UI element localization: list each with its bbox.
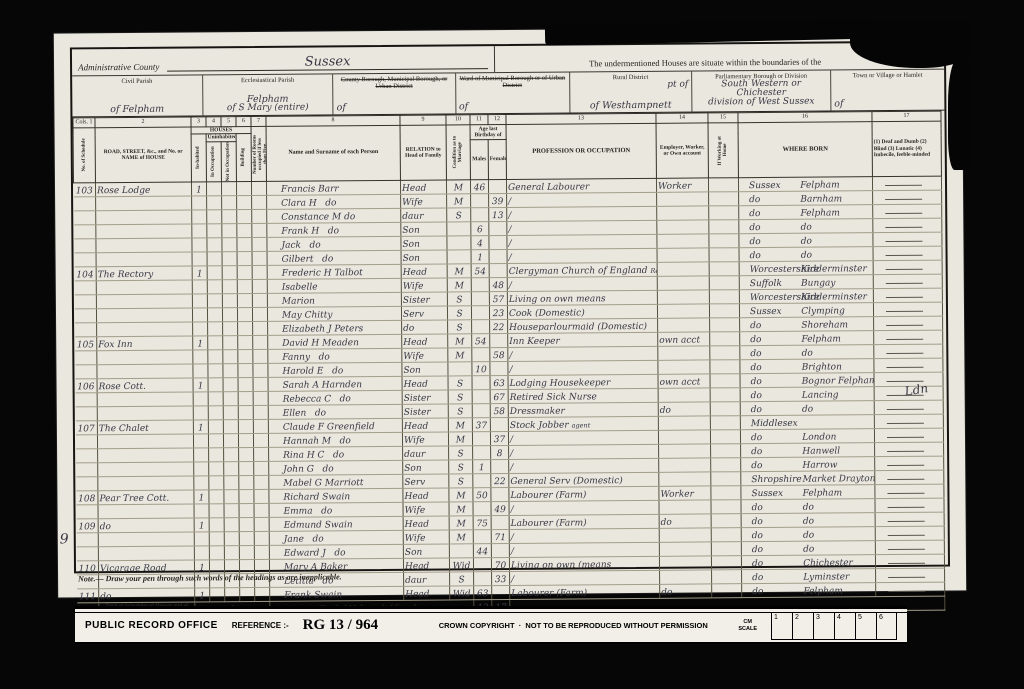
cell-age-male: 4 [471, 235, 489, 249]
cell-infirmity [873, 260, 942, 275]
cell-rooms [253, 377, 268, 391]
cell-age-male [472, 403, 490, 417]
record-office-label: PUBLIC RECORD OFFICE [85, 620, 218, 631]
cell-house [98, 476, 194, 491]
cell-rooms [253, 405, 268, 419]
cell-condition: M [449, 516, 473, 530]
cell-building [240, 587, 255, 601]
cell-employer: do [658, 402, 710, 416]
cell-employer [659, 500, 711, 514]
cell-name: Emma do [269, 502, 403, 517]
cell-working-home [710, 317, 740, 331]
margin-schedule-total: 9 [60, 531, 69, 547]
cell-age-male: 10 [472, 361, 490, 375]
cell-house [97, 322, 193, 337]
cell-condition: S [450, 572, 474, 586]
cell-where-born: dodo [741, 526, 875, 541]
header-where-born: WHERE BORN [738, 122, 872, 178]
cell-house [96, 294, 192, 309]
cell-working-home [709, 289, 739, 303]
cell-schedule-no [76, 477, 98, 491]
cell-infirmity [875, 484, 944, 499]
cell-building [238, 363, 253, 377]
cell-relation: do [402, 320, 448, 334]
cell-uninhabited-inocc [206, 182, 221, 196]
cell-uninhabited-notocc [223, 363, 238, 377]
cell-relation: Sister [402, 404, 448, 418]
cell-inhabited [192, 252, 207, 266]
cell-where-born: dodo [739, 232, 873, 247]
cell-occupation: Dressmaker [508, 402, 658, 417]
cell-uninhabited-inocc [208, 378, 223, 392]
cell-occupation: Labourer (Farm) [510, 584, 660, 599]
cell-age-female [492, 585, 510, 599]
cell-employer [659, 444, 711, 458]
cell-schedule-no [74, 211, 96, 225]
cell-uninhabited-inocc [207, 280, 222, 294]
cell-inhabited [194, 504, 209, 518]
cell-uninhabited-notocc [222, 237, 237, 251]
cell-employer: Worker [659, 486, 711, 500]
cell-infirmity [875, 512, 944, 527]
cell-uninhabited-notocc [222, 195, 237, 209]
eccl-parish-section: Ecclesiastical Parish Felpham of S Mary … [203, 74, 334, 115]
cell-schedule-no [74, 253, 96, 267]
col-num-17: 17 [872, 111, 941, 122]
cell-working-home [711, 541, 741, 555]
cell-uninhabited-inocc [208, 434, 223, 448]
cell-uninhabited-inocc [208, 406, 223, 420]
cell-where-born: doHanwell [741, 442, 875, 457]
cell-age-female: 23 [489, 305, 507, 319]
cell-where-born: SussexFelpham [741, 484, 875, 499]
cell-relation: Son [401, 236, 447, 250]
cell-age-male [473, 473, 491, 487]
form-header-row2: Civil Parish of Felpham Ecclesiastical P… [72, 70, 944, 118]
cell-infirmity [876, 568, 945, 583]
cell-rooms [254, 475, 269, 489]
cell-condition [447, 222, 471, 236]
cell-relation: Head [404, 586, 450, 600]
cell-age-female [490, 417, 508, 431]
cell-employer [657, 262, 709, 276]
cell-building [238, 419, 253, 433]
cell-working-home [711, 485, 741, 499]
cell-where-born: doFelpham [739, 204, 873, 219]
cell-employer [659, 542, 711, 556]
cell-uninhabited-inocc [208, 364, 223, 378]
cell-name: Isabelle [267, 278, 401, 293]
cell-name: Clara H do [267, 194, 401, 209]
cell-name: Fanny do [268, 348, 402, 363]
cell-occupation: / [508, 346, 658, 361]
ward-value: of [459, 101, 566, 111]
cell-uninhabited-notocc [224, 489, 239, 503]
cell-house [96, 196, 192, 211]
cell-inhabited: 1 [195, 588, 210, 602]
civil-parish-section: Civil Parish of Felpham [72, 75, 203, 116]
cell-age-male [472, 389, 490, 403]
cell-relation: Son [401, 250, 447, 264]
cell-name: Frederic H Talbot [267, 264, 401, 279]
cell-employer: Worker [656, 178, 708, 192]
cell-uninhabited-inocc [207, 224, 222, 238]
cell-uninhabited-notocc [224, 559, 239, 573]
cell-condition: S [448, 390, 472, 404]
cell-occupation: General Labourer [506, 178, 656, 193]
cell-working-home [710, 345, 740, 359]
cell-occupation: / [507, 220, 657, 235]
cell-relation: Wife [401, 278, 447, 292]
cell-schedule-no: 111 [77, 589, 99, 603]
cell-condition: M [446, 180, 470, 194]
cell-inhabited [192, 196, 207, 210]
cell-infirmity [873, 274, 942, 289]
cell-uninhabited-notocc [222, 265, 237, 279]
cell-working-home [710, 415, 740, 429]
cell-age-female: 71 [491, 529, 509, 543]
cell-house [96, 308, 192, 323]
cm-scale-label: CMSCALE [738, 619, 757, 632]
scale-mark: 6 [876, 612, 897, 640]
civil-parish-value: of Felpham [75, 104, 199, 114]
col-num-3: 3 [191, 117, 206, 127]
cell-condition: M [447, 278, 471, 292]
cell-uninhabited-notocc [222, 307, 237, 321]
cell-house [96, 210, 192, 225]
cell-uninhabited-notocc [224, 461, 239, 475]
cell-inhabited [194, 546, 209, 560]
cell-inhabited [193, 434, 208, 448]
cell-uninhabited-inocc [207, 294, 222, 308]
cell-uninhabited-inocc [207, 196, 222, 210]
cell-condition: M [448, 348, 472, 362]
cell-condition: S [449, 446, 473, 460]
cell-where-born: doBarnham [739, 190, 873, 205]
cell-rooms [253, 419, 268, 433]
cell-rooms [254, 461, 269, 475]
cell-name: Elizabeth J Peters [268, 320, 402, 335]
col-num-10: 10 [446, 115, 470, 125]
cell-uninhabited-notocc [225, 587, 240, 601]
cell-rooms [252, 265, 267, 279]
cell-age-female [491, 487, 509, 501]
cell-where-born: doLondon [740, 428, 874, 443]
cell-inhabited: 1 [193, 420, 208, 434]
cell-name: Jane do [269, 530, 403, 545]
cell-age-male [471, 193, 489, 207]
cell-inhabited: 1 [194, 560, 209, 574]
cell-working-home [709, 205, 739, 219]
cell-relation: daur [403, 446, 449, 460]
cell-where-born: SussexFelpham [738, 176, 872, 191]
eccl-parish-label: Ecclesiastical Parish [206, 76, 330, 84]
cell-occupation: Living on own means [507, 290, 657, 305]
cell-condition: M [448, 432, 472, 446]
cell-uninhabited-inocc [208, 336, 223, 350]
cell-relation: Wife [403, 502, 449, 516]
cell-uninhabited-notocc [221, 181, 236, 195]
cell-age-female [489, 221, 507, 235]
cell-condition [447, 250, 471, 264]
cell-building [239, 475, 254, 489]
cell-building [238, 321, 253, 335]
cell-uninhabited-notocc [222, 223, 237, 237]
cell-inhabited: 1 [194, 518, 209, 532]
cell-uninhabited-inocc [207, 252, 222, 266]
cell-relation: Wife [403, 530, 449, 544]
cell-age-male [472, 431, 490, 445]
cell-house [97, 406, 193, 421]
cell-schedule-no [74, 239, 96, 253]
cell-inhabited: 1 [193, 378, 208, 392]
cell-infirmity [874, 428, 943, 443]
cell-inhabited [192, 238, 207, 252]
cell-age-female: 67 [490, 389, 508, 403]
cell-inhabited [194, 532, 209, 546]
cell-inhabited [193, 350, 208, 364]
copyright-notice: CROWN COPYRIGHT · NOT TO BE REPRODUCED W… [422, 621, 724, 630]
county-borough-label: County Borough, Municipal Borough, or Ur… [336, 75, 451, 91]
cell-relation: Head [400, 180, 446, 194]
cell-age-female: 70 [491, 557, 509, 571]
cell-condition: S [447, 306, 471, 320]
cell-age-male [471, 277, 489, 291]
cell-inhabited [193, 364, 208, 378]
cell-age-male: 1 [471, 249, 489, 263]
cell-name: Hannah M do [268, 432, 402, 447]
cell-age-female [488, 179, 506, 193]
reference-value: RG 13 / 964 [303, 617, 378, 634]
cell-inhabited: 1 [193, 336, 208, 350]
cell-house: do [98, 518, 194, 533]
cell-working-home [710, 331, 740, 345]
cell-uninhabited-notocc [222, 293, 237, 307]
cell-employer: do [659, 514, 711, 528]
cell-age-male: 6 [471, 221, 489, 235]
cell-infirmity [875, 540, 944, 555]
cell-name: Sarah A Harnden [268, 376, 402, 391]
cell-occupation: Living on own (means [509, 556, 659, 571]
cell-working-home [709, 191, 739, 205]
col-num-14: 14 [656, 113, 708, 123]
header-schedule: No. of Schedule [73, 128, 95, 183]
cell-working-home [709, 275, 739, 289]
cell-rooms [252, 293, 267, 307]
cell-relation: Son [401, 222, 447, 236]
cell-condition: M [448, 334, 472, 348]
cell-age-female: 33 [492, 571, 510, 585]
cell-house [97, 350, 193, 365]
cell-uninhabited-inocc [207, 210, 222, 224]
cell-condition: S [448, 320, 472, 334]
cell-where-born: doChichester [741, 554, 875, 569]
cell-house: do [99, 588, 195, 603]
cell-working-home [711, 443, 741, 457]
cell-building [237, 195, 252, 209]
cell-uninhabited-inocc [209, 476, 224, 490]
cell-age-male [472, 319, 490, 333]
col-num-1: Cols. 1 [73, 118, 95, 128]
cell-house [96, 238, 192, 253]
cell-relation: Son [402, 362, 448, 376]
cell-employer [658, 318, 710, 332]
cell-relation: Serv [401, 306, 447, 320]
cell-name: May Chitty [267, 306, 401, 321]
cell-uninhabited-notocc [222, 279, 237, 293]
cell-occupation: / [510, 570, 660, 585]
cell-house [98, 462, 194, 477]
cell-where-born: doHarrow [741, 456, 875, 471]
cell-schedule-no [76, 505, 98, 519]
cell-house [96, 224, 192, 239]
cell-building [239, 531, 254, 545]
cell-where-born: WorcestershireKidderminster [739, 260, 873, 275]
cell-age-female [490, 361, 508, 375]
cell-working-home [708, 177, 738, 191]
cell-working-home [709, 219, 739, 233]
cell-name: Edward J do [269, 544, 403, 559]
cell-condition: M [447, 264, 471, 278]
cell-building [239, 489, 254, 503]
cell-building [238, 391, 253, 405]
cell-uninhabited-notocc [224, 447, 239, 461]
cell-name: Mabel G Marriott [269, 474, 403, 489]
cell-infirmity [873, 204, 942, 219]
ward-section: Ward of Municipal Borough or of Urban Di… [456, 73, 570, 114]
cell-inhabited [193, 406, 208, 420]
col-num-15: 15 [708, 113, 738, 123]
cell-occupation: Stock Jobberagent [508, 416, 658, 431]
cell-where-born: doLyminster [742, 568, 876, 583]
cell-condition: M [449, 488, 473, 502]
cell-employer [657, 290, 709, 304]
cell-schedule-no [75, 435, 97, 449]
cell-relation: Son [403, 460, 449, 474]
cell-rooms [254, 503, 269, 517]
cell-building [238, 335, 253, 349]
cell-employer [659, 528, 711, 542]
cell-occupation: / [509, 458, 659, 473]
header-relation: RELATION to Head of Family [400, 125, 446, 180]
cell-name: Richard Swain [269, 488, 403, 503]
cell-uninhabited-notocc [224, 475, 239, 489]
census-table-head: Cols. 1 2 3 4 5 6 7 8 9 10 11 12 13 14 [73, 111, 941, 183]
cell-where-born: doShoreham [740, 316, 874, 331]
cell-occupation: / [509, 528, 659, 543]
cell-inhabited [193, 392, 208, 406]
cell-age-female: 13 [489, 207, 507, 221]
header-females: Females [488, 139, 506, 179]
cell-employer: own acct [658, 332, 710, 346]
cell-working-home [710, 387, 740, 401]
cell-age-female: 22 [490, 319, 508, 333]
town-label: Town or Village or Hamlet [834, 72, 941, 80]
cell-relation: Serv [403, 474, 449, 488]
admin-county-box: Administrative County Sussex [72, 46, 495, 75]
cell-condition: Wid [450, 586, 474, 600]
cell-working-home [712, 569, 742, 583]
cell-age-male: 54 [471, 263, 489, 277]
cell-rooms [253, 391, 268, 405]
cell-age-male [474, 571, 492, 585]
cell-age-female: 39 [489, 193, 507, 207]
cell-name: David H Meaden [268, 334, 402, 349]
cell-occupation: / [507, 234, 657, 249]
cell-building [237, 307, 252, 321]
cell-schedule-no [74, 197, 96, 211]
cm-scale-ruler: 1 2 3 4 5 6 [771, 612, 897, 640]
cell-occupation: Labourer (Farm) [509, 514, 659, 529]
cell-rooms [252, 279, 267, 293]
cell-schedule-no: 104 [74, 267, 96, 281]
cell-uninhabited-inocc [210, 588, 225, 602]
cell-relation: Head [402, 334, 448, 348]
cell-working-home [711, 513, 741, 527]
header-road: ROAD, STREET, &c., and No. or NAME of HO… [95, 127, 191, 183]
cell-relation: daur [401, 208, 447, 222]
scan-artifact [948, 60, 970, 170]
cell-house [98, 448, 194, 463]
cell-occupation: General Serv (Domestic) [509, 472, 659, 487]
cell-working-home [710, 359, 740, 373]
cell-working-home [711, 527, 741, 541]
cell-building [239, 545, 254, 559]
cell-occupation: Inn Keeper [508, 332, 658, 347]
cell-age-female [489, 235, 507, 249]
cell-employer [657, 206, 709, 220]
cell-inhabited [192, 294, 207, 308]
cell-age-male: 54 [472, 333, 490, 347]
cell-relation: Sister [401, 292, 447, 306]
cell-inhabited: 1 [192, 266, 207, 280]
cell-relation: Head [403, 488, 449, 502]
cell-employer [658, 346, 710, 360]
cell-infirmity [874, 344, 943, 359]
cell-name: Frank Swain [270, 586, 404, 601]
rural-district-section: Rural District pt of of Westhampnett [570, 72, 693, 113]
cell-working-home [710, 401, 740, 415]
cell-working-home [709, 261, 739, 275]
cell-house: Rose Lodge [95, 182, 191, 197]
cell-condition [448, 362, 472, 376]
cell-working-home [711, 555, 741, 569]
rural-district-extra: pt of [573, 81, 688, 91]
cell-age-male [471, 207, 489, 221]
cell-where-born: doFelpham [740, 330, 874, 345]
cell-inhabited [192, 308, 207, 322]
cell-age-female: 37 [490, 431, 508, 445]
town-section: Town or Village or Hamlet of [831, 70, 944, 111]
cell-inhabited: 1 [191, 182, 206, 196]
cell-uninhabited-inocc [209, 504, 224, 518]
col-num-5: 5 [221, 117, 236, 127]
cell-building [237, 237, 252, 251]
cell-relation: Head [402, 376, 448, 390]
cell-working-home [710, 429, 740, 443]
cell-name: Constance M do [267, 208, 401, 223]
cell-inhabited [193, 322, 208, 336]
census-sheet: Administrative County Sussex The underme… [54, 26, 966, 597]
cell-infirmity [874, 358, 943, 373]
cell-age-male [473, 501, 491, 515]
cell-condition: S [447, 208, 471, 222]
cell-employer [657, 192, 709, 206]
cell-schedule-no: 109 [76, 519, 98, 533]
cell-uninhabited-notocc [224, 531, 239, 545]
cell-uninhabited-inocc [209, 560, 224, 574]
cell-age-male: 50 [473, 487, 491, 501]
